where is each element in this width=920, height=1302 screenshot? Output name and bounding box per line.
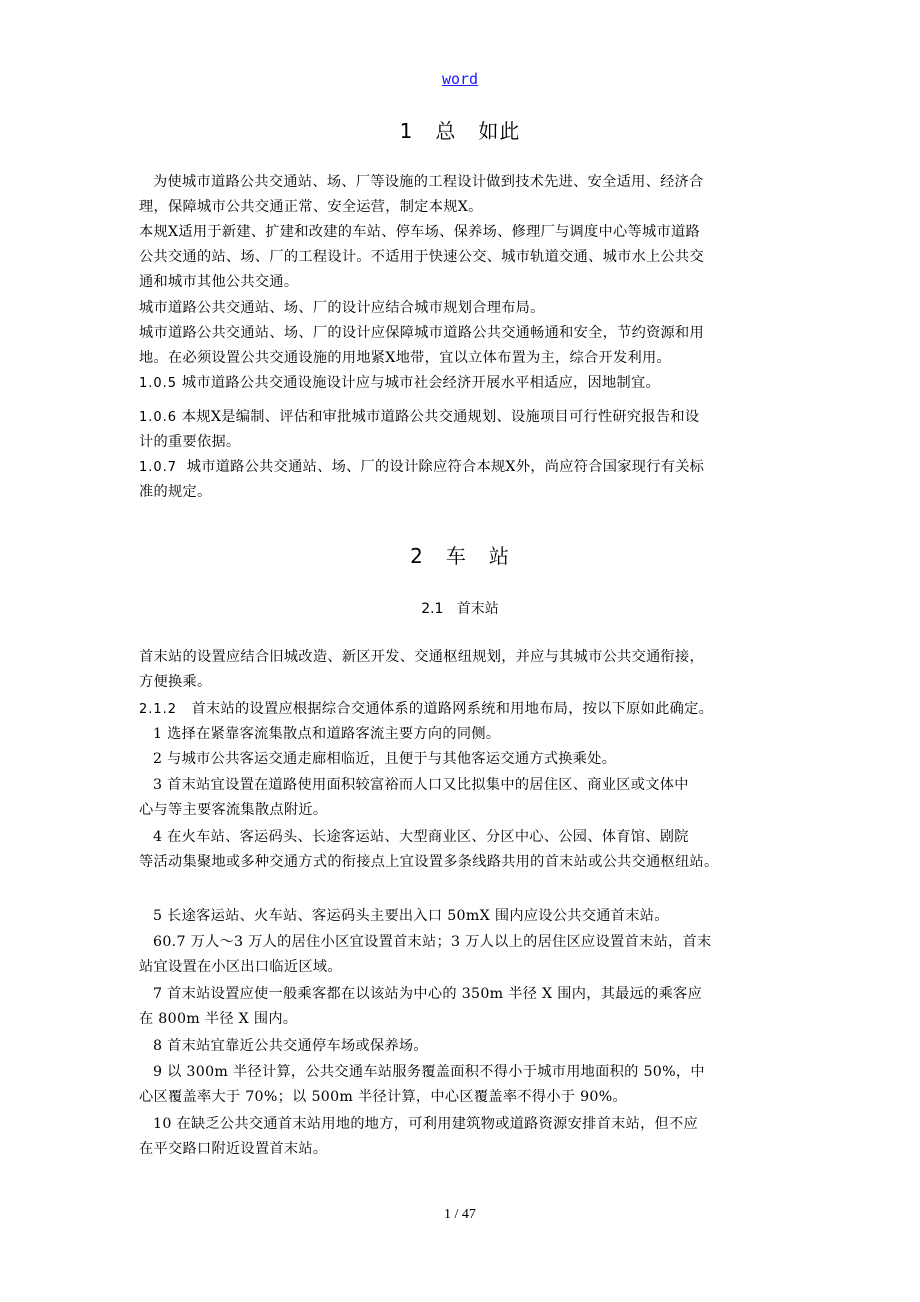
text-line: 心区覆盖率大于 70%；以 500m 半径计算，中心区覆盖率不得小于 90%。 xyxy=(139,1085,784,1110)
text-line: 公共交通的站、场、厂的工程设计。不适用于快速公交、城市轨道交通、城市水上公共交 xyxy=(139,245,784,270)
text-line: 10 在缺乏公共交通首末站用地的地方，可利用建筑物或道路资源安排首末站，但不应 xyxy=(139,1112,784,1137)
clause-1-0-6: 1.0.6 本规X是编制、评估和审批城市道路公共交通规划、设施项目可行性研究报告… xyxy=(139,405,784,455)
chapter-2-number: 2 xyxy=(410,544,424,568)
list-item-7: 7 首末站设置应使一般乘客都在以该站为中心的 350m 半径 X 围内，其最远的… xyxy=(139,982,784,1032)
paragraph-scope: 本规X适用于新建、扩建和改建的车站、停车场、保养场、修理厂与调度中心等城市道路 … xyxy=(139,220,784,295)
section-intro: 首末站的设置应结合旧城改造、新区开发、交通枢纽规划，并应与其城市公共交通衔接， … xyxy=(139,645,784,695)
chapter-1-title-a: 总 xyxy=(435,119,456,143)
text-line: 在 800m 半径 X 围内。 xyxy=(139,1007,784,1032)
clause-text: 本规X是编制、评估和审批城市道路公共交通规划、设施项目可行性研究报告和设 xyxy=(182,409,699,425)
text-line: 7 首末站设置应使一般乘客都在以该站为中心的 350m 半径 X 围内，其最远的… xyxy=(139,982,784,1007)
list-item-6: 60.7 万人～3 万人的居住小区宜设置首末站；3 万人以上的居住区应设置首末站… xyxy=(139,930,784,980)
list-item-10: 10 在缺乏公共交通首末站用地的地方，可利用建筑物或道路资源安排首末站，但不应 … xyxy=(139,1112,784,1162)
chapter-1-number: 1 xyxy=(400,119,414,143)
text-line: 方便换乘。 xyxy=(139,670,784,695)
text-line: 2.1.2 首末站的设置应根据综合交通体系的道路网系统和用地布局，按以下原如此确… xyxy=(139,697,784,722)
text-line: 1.0.5 城市道路公共交通设施设计应与城市社会经济开展水平相适应，因地制宜。 xyxy=(139,371,784,396)
text-line: 站宜设置在小区出口临近区域。 xyxy=(139,955,784,980)
text-line: 8 首末站宜靠近公共交通停车场或保养场。 xyxy=(139,1034,784,1059)
list-item-4: 4 在火车站、客运码头、长途客运站、大型商业区、分区中心、公园、体育馆、剧院 等… xyxy=(139,825,784,875)
clause-number: 1.0.5 xyxy=(139,376,177,391)
clause-1-0-5: 1.0.5 城市道路公共交通设施设计应与城市社会经济开展水平相适应，因地制宜。 xyxy=(139,371,784,396)
paragraph-layout: 城市道路公共交通站、场、厂的设计应结合城市规划合理布局。 xyxy=(139,296,784,321)
text-line: 准的规定。 xyxy=(139,480,784,505)
list-item-3: 3 首末站宜设置在道路使用面积较富裕而人口又比拟集中的居住区、商业区或文体中 心… xyxy=(139,773,784,823)
list-item-9: 9 以 300m 半径计算，公共交通车站服务覆盖面积不得小于城市用地面积的 50… xyxy=(139,1060,784,1110)
text-line: 心与等主要客流集散点附近。 xyxy=(139,798,784,823)
clause-number: 1.0.7 xyxy=(139,460,177,475)
clause-text: 城市道路公共交通站、场、厂的设计除应符合本规X外，尚应符合国家现行有关标 xyxy=(187,459,704,475)
chapter-2-title-a: 车 xyxy=(446,544,467,568)
chapter-2-title-b: 站 xyxy=(489,544,510,568)
text-line: 理，保障城市公共交通正常、安全运营，制定本规X。 xyxy=(139,195,784,220)
paragraph-purpose: 为使城市道路公共交通站、场、厂等设施的工程设计做到技术先进、安全适用、经济合 理… xyxy=(139,170,784,220)
clause-number: 1.0.6 xyxy=(139,410,177,425)
clause-text: 城市道路公共交通设施设计应与城市社会经济开展水平相适应，因地制宜。 xyxy=(182,375,660,391)
section-2-1-title: 2.1 首末站 xyxy=(0,598,920,618)
text-line: 计的重要依据。 xyxy=(139,430,784,455)
text-line: 1 选择在紧靠客流集散点和道路客流主要方向的同侧。 xyxy=(139,722,784,747)
text-line: 2 与城市公共客运交通走廊相临近，且便于与其他客运交通方式换乘处。 xyxy=(139,747,784,772)
text-line: 3 首末站宜设置在道路使用面积较富裕而人口又比拟集中的居住区、商业区或文体中 xyxy=(139,773,784,798)
list-item-1: 1 选择在紧靠客流集散点和道路客流主要方向的同侧。 xyxy=(139,722,784,747)
text-line: 首末站的设置应结合旧城改造、新区开发、交通枢纽规划，并应与其城市公共交通衔接， xyxy=(139,645,784,670)
chapter-1-title: 1总如此 xyxy=(0,115,920,144)
clause-1-0-7: 1.0.7 城市道路公共交通站、场、厂的设计除应符合本规X外，尚应符合国家现行有… xyxy=(139,455,784,505)
page-number: 1 / 47 xyxy=(0,1207,920,1223)
chapter-1-title-b: 如此 xyxy=(478,119,520,143)
section-title: 首末站 xyxy=(457,601,499,617)
text-line: 1.0.6 本规X是编制、评估和审批城市道路公共交通规划、设施项目可行性研究报告… xyxy=(139,405,784,430)
clause-number: 2.1.2 xyxy=(139,702,177,717)
text-line: 60.7 万人～3 万人的居住小区宜设置首末站；3 万人以上的居住区应设置首末站… xyxy=(139,930,784,955)
text-line: 城市道路公共交通站、场、厂的设计应结合城市规划合理布局。 xyxy=(139,296,784,321)
text-line: 1.0.7 城市道路公共交通站、场、厂的设计除应符合本规X外，尚应符合国家现行有… xyxy=(139,455,784,480)
clause-2-1-2: 2.1.2 首末站的设置应根据综合交通体系的道路网系统和用地布局，按以下原如此确… xyxy=(139,697,784,722)
header-word-link[interactable]: word xyxy=(0,70,920,88)
text-line: 城市道路公共交通站、场、厂的设计应保障城市道路公共交通畅通和安全，节约资源和用 xyxy=(139,321,784,346)
list-item-2: 2 与城市公共客运交通走廊相临近，且便于与其他客运交通方式换乘处。 xyxy=(139,747,784,772)
text-line: 为使城市道路公共交通站、场、厂等设施的工程设计做到技术先进、安全适用、经济合 xyxy=(139,170,784,195)
list-item-5: 5 长途客运站、火车站、客运码头主要出入口 50mX 围内应设公共交通首末站。 xyxy=(139,904,784,929)
section-number: 2.1 xyxy=(421,601,443,617)
clause-text: 首末站的设置应根据综合交通体系的道路网系统和用地布局，按以下原如此确定。 xyxy=(192,701,714,717)
text-line: 地。在必须设置公共交通设施的用地紧X地带，宜以立体布置为主，综合开发利用。 xyxy=(139,346,784,371)
text-line: 本规X适用于新建、扩建和改建的车站、停车场、保养场、修理厂与调度中心等城市道路 xyxy=(139,220,784,245)
list-item-8: 8 首末站宜靠近公共交通停车场或保养场。 xyxy=(139,1034,784,1059)
chapter-2-title: 2车站 xyxy=(0,540,920,569)
text-line: 在平交路口附近设置首末站。 xyxy=(139,1137,784,1162)
paragraph-safety: 城市道路公共交通站、场、厂的设计应保障城市道路公共交通畅通和安全，节约资源和用 … xyxy=(139,321,784,371)
text-line: 5 长途客运站、火车站、客运码头主要出入口 50mX 围内应设公共交通首末站。 xyxy=(139,904,784,929)
text-line: 9 以 300m 半径计算，公共交通车站服务覆盖面积不得小于城市用地面积的 50… xyxy=(139,1060,784,1085)
text-line: 通和城市其他公共交通。 xyxy=(139,270,784,295)
text-line: 等活动集聚地或多种交通方式的衔接点上宜设置多条线路共用的首末站或公共交通枢纽站。 xyxy=(139,850,784,875)
text-line: 4 在火车站、客运码头、长途客运站、大型商业区、分区中心、公园、体育馆、剧院 xyxy=(139,825,784,850)
